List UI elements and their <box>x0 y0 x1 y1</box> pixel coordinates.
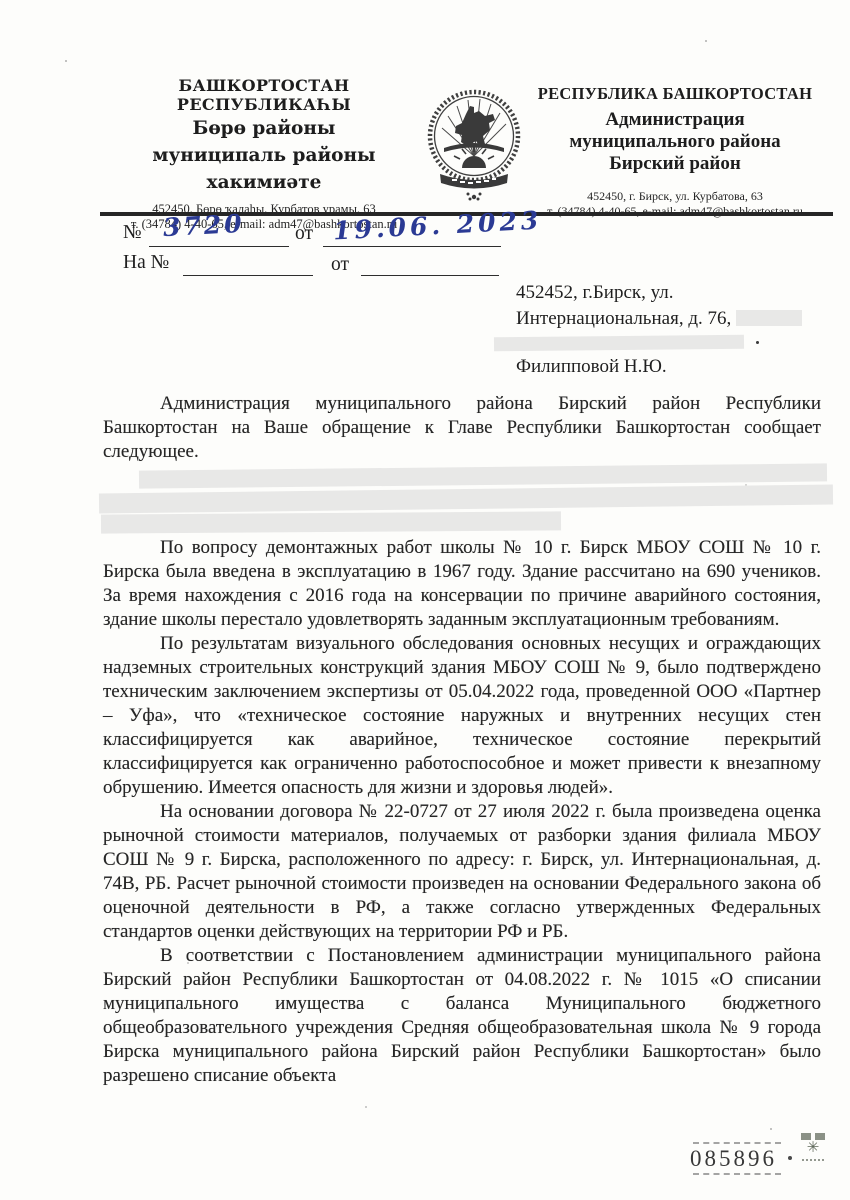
header-right-line1: РЕСПУБЛИКА БАШКОРТОСТАН <box>512 84 838 104</box>
paragraph-intro: Администрация муниципального района Бирс… <box>103 392 821 464</box>
scan-noise <box>65 60 67 62</box>
header-right-address: 452450, г. Бирск, ул. Курбатова, 63 <box>512 189 838 204</box>
redaction-bar <box>736 310 802 326</box>
paragraph-valuation: На основании договора № 22-0727 от 27 ию… <box>103 800 821 944</box>
header-right-line4: Бирский район <box>512 153 838 175</box>
scanned-letter-page: БАШКОРТОСТАН РЕСПУБЛИКАҺЫ Бөрө районы му… <box>0 0 850 1200</box>
addressee-block: 452452, г.Бирск, ул. Интернациональная, … <box>516 280 846 332</box>
redaction-bar <box>99 485 833 514</box>
outgoing-number-field: 3720 <box>149 220 289 247</box>
redaction-bar <box>101 511 561 533</box>
redacted-paragraph <box>103 466 821 536</box>
header-left-line4: хакимиәте <box>93 171 435 195</box>
bashkortostan-coat-of-arms-icon <box>424 86 524 204</box>
paragraph-inspection: По результатам визуального обследования … <box>103 632 821 800</box>
incoming-number-field <box>183 250 313 276</box>
handwritten-outgoing-number: 3720 <box>162 209 245 242</box>
outgoing-date-label: от <box>295 223 313 245</box>
header-left-line2: Бөрө районы <box>93 117 435 141</box>
stamp-number: 085896 <box>690 1146 777 1172</box>
reference-block: № 3720 от 19.06. 2023 На № от <box>123 220 523 280</box>
header-right-russian: РЕСПУБЛИКА БАШКОРТОСТАН Администрация му… <box>512 84 838 218</box>
header-left-line3: муниципаль районы <box>93 144 435 168</box>
redaction-bar <box>494 335 744 352</box>
redaction-bar <box>139 463 827 488</box>
addressee-name: Филипповой Н.Ю. <box>516 354 667 380</box>
verification-stamp-icon: ✳ <box>789 1133 837 1185</box>
outgoing-number-label: № <box>123 222 142 244</box>
header-left-bashkir: БАШКОРТОСТАН РЕСПУБЛИКАҺЫ Бөрө районы му… <box>93 76 435 231</box>
header-right-line3: муниципального района <box>512 131 838 153</box>
scan-noise <box>756 341 759 344</box>
header-left-line1: БАШКОРТОСТАН РЕСПУБЛИКАҺЫ <box>93 76 435 114</box>
incoming-date-field <box>361 250 499 276</box>
header-right-line2: Администрация <box>512 109 838 131</box>
incoming-number-label: На № <box>123 252 169 274</box>
addressee-postal-line: 452452, г.Бирск, ул. <box>516 280 846 306</box>
outgoing-date-field: 19.06. 2023 <box>323 220 501 247</box>
paragraph-writeoff: В соответствии с Постановлением админист… <box>103 944 821 1088</box>
addressee-street-line: Интернациональная, д. 76, <box>516 306 846 332</box>
incoming-date-label: от <box>331 254 349 276</box>
letter-body: Администрация муниципального района Бирс… <box>103 392 821 1088</box>
paragraph-demolition: По вопросу демонтажных работ школы № 10 … <box>103 536 821 632</box>
